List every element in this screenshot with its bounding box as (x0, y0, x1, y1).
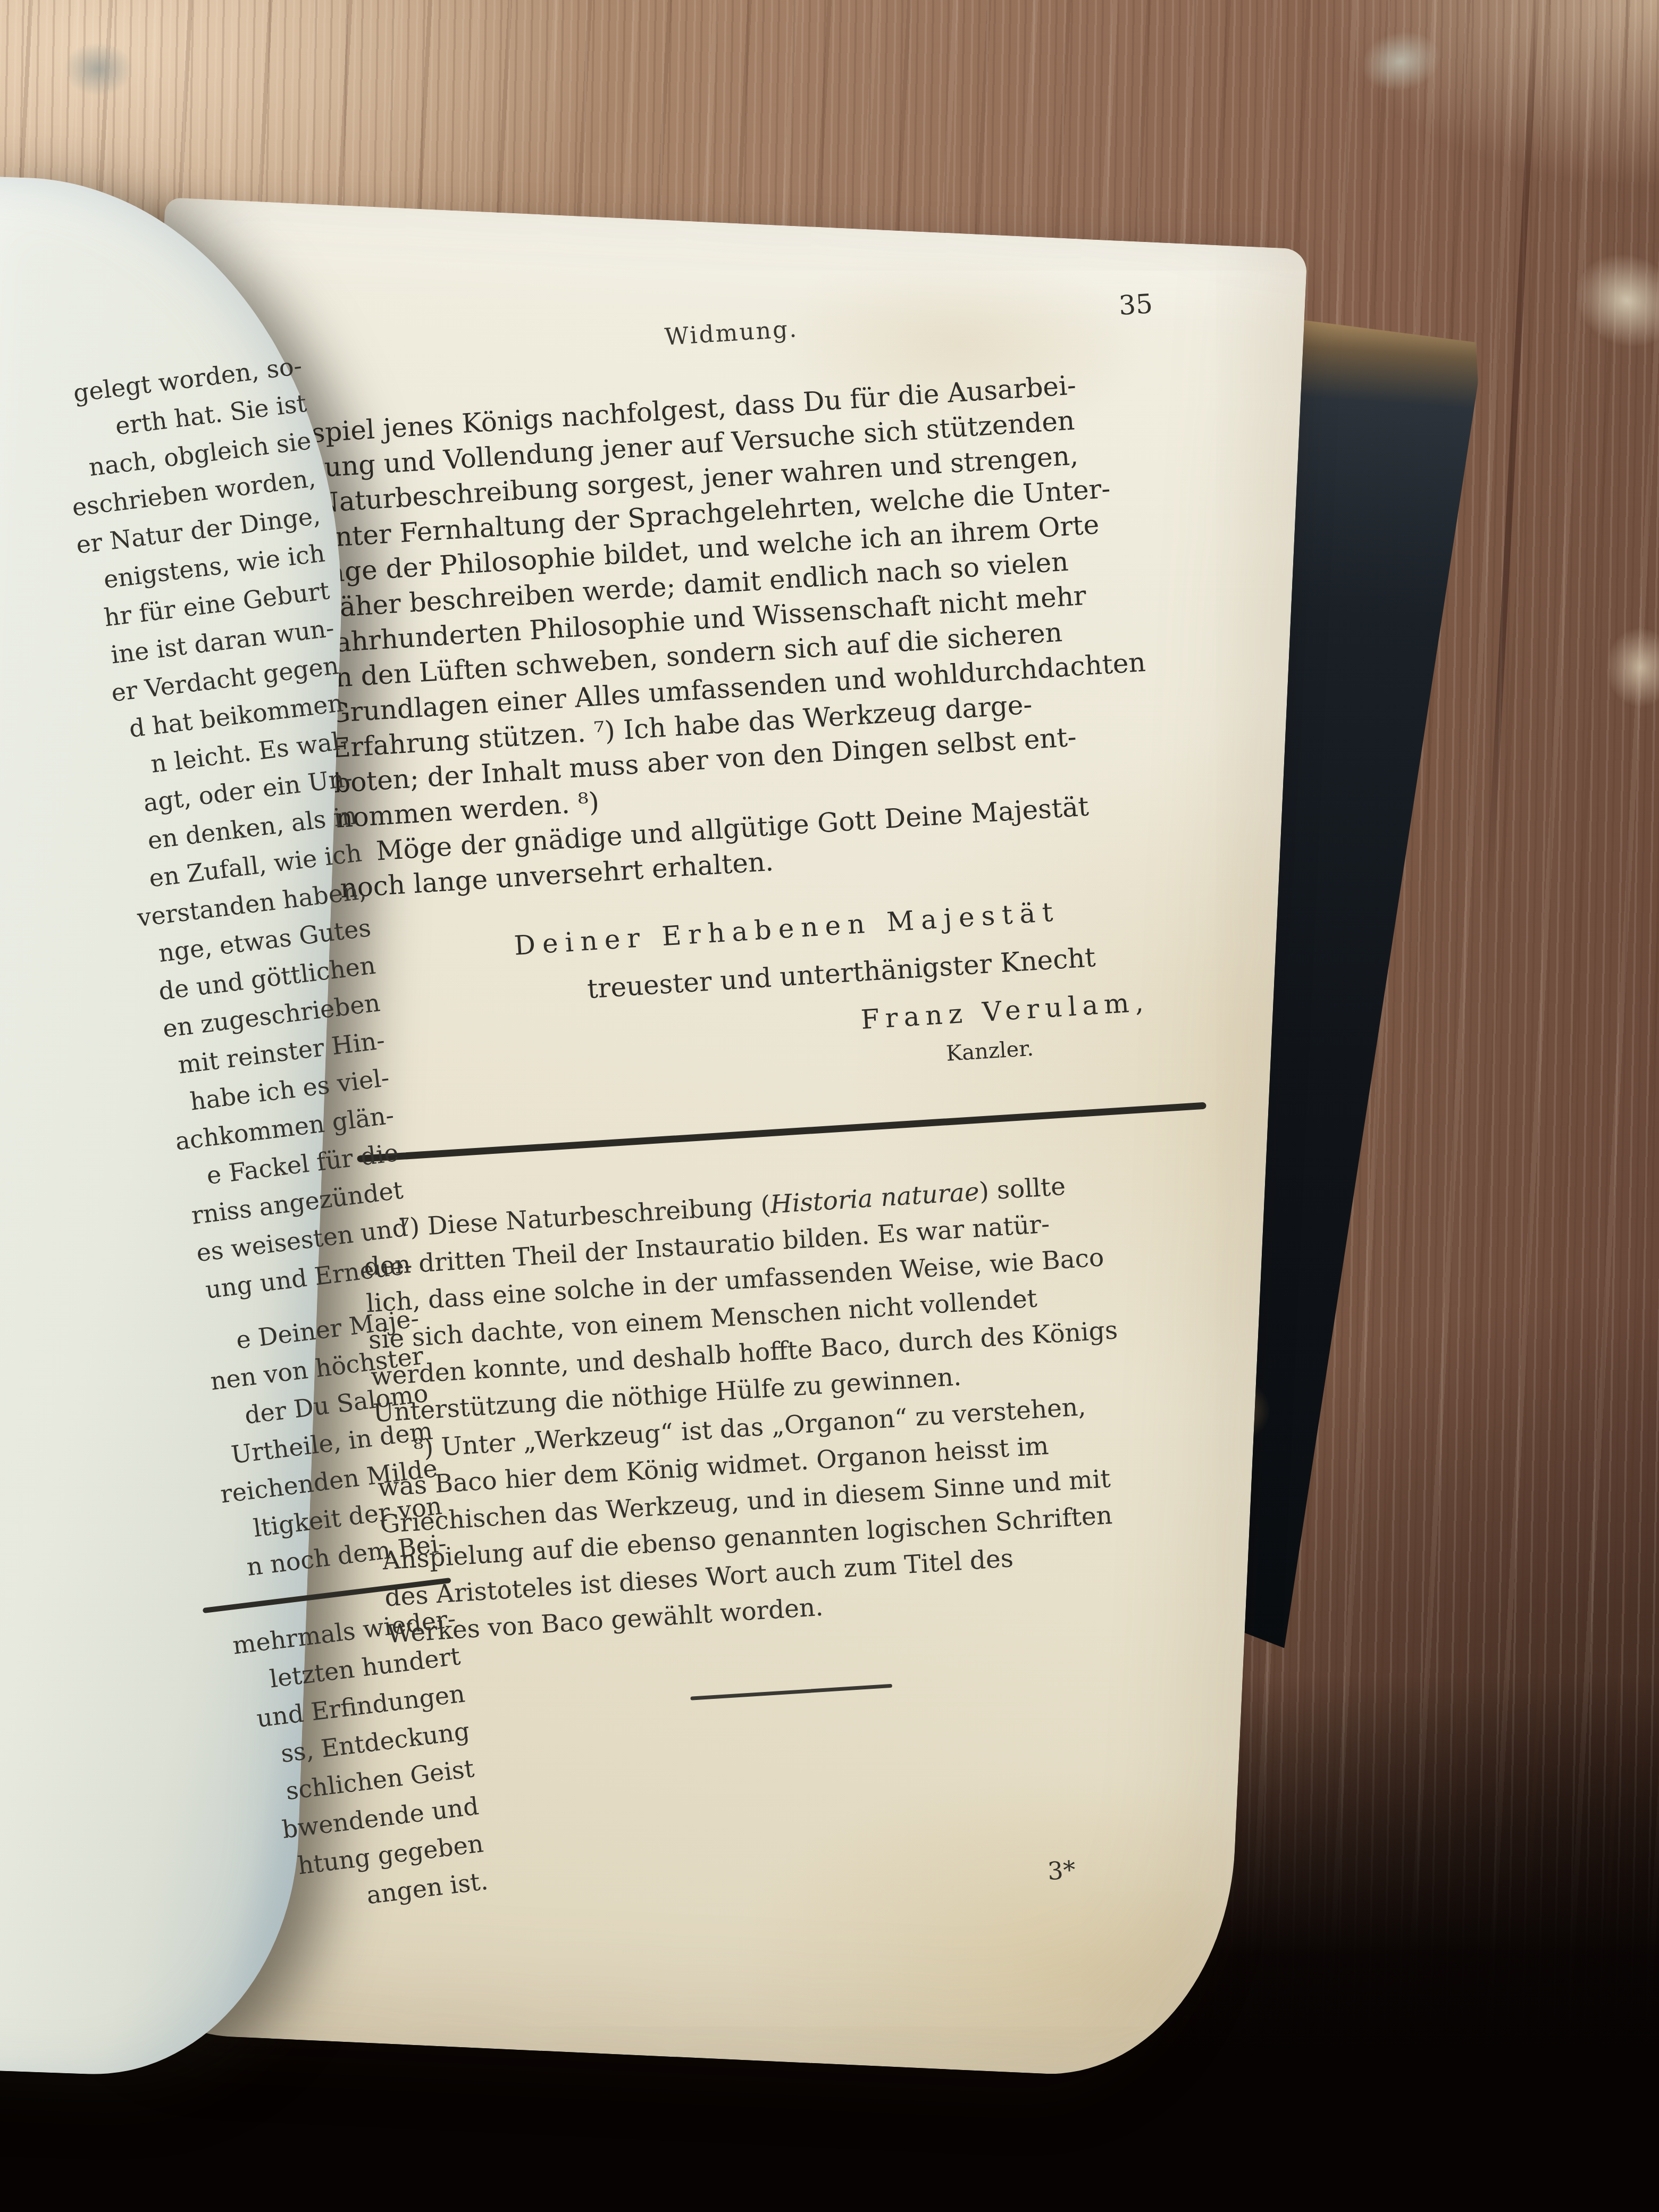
paint-chip (1606, 627, 1659, 707)
page-header: Widmung. 35 (306, 289, 1157, 381)
footnote-7-text-post: ) sollte (978, 1172, 1067, 1206)
footnote-separator-rule (357, 1102, 1206, 1162)
left-page-text-fragment-2: e Deiner Maje-nen von höchsterder Du Sal… (121, 1300, 448, 1598)
page-number: 35 (1118, 286, 1154, 323)
book-photo-scene: Widmung. 35 spiel jenes Königs nachfolge… (0, 0, 1659, 2212)
paint-chip (64, 43, 133, 96)
dedication-paragraph: spiel jenes Königs nachfolgest, dass Du … (311, 362, 1186, 836)
running-title: Widmung. (306, 289, 1157, 378)
section-end-rule (690, 1684, 892, 1700)
printers-signature-mark: 3* (1046, 1841, 1254, 1889)
left-page: gelegt worden, so-erth hat. Sie istnach,… (0, 175, 356, 2081)
left-page-text-fragment-3: mehrmals wieder-letzten hundertund Erfin… (158, 1600, 490, 1936)
